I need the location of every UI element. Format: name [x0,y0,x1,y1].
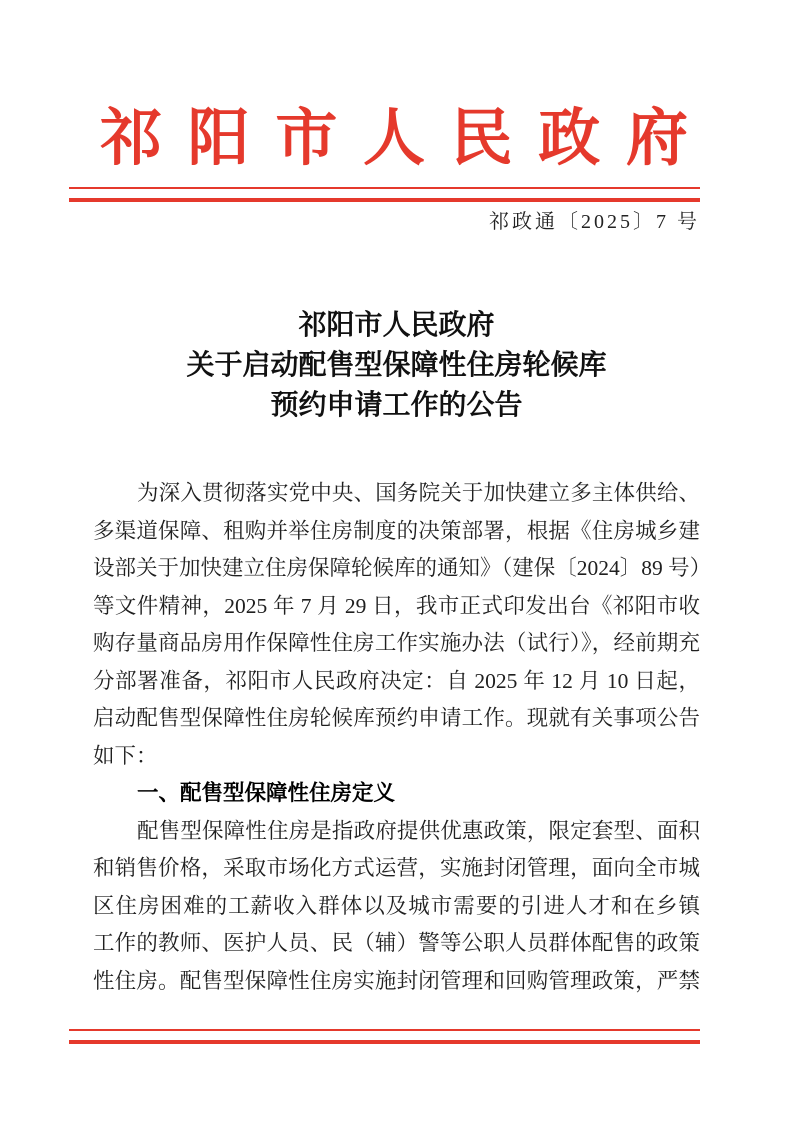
document-title-line-3: 预约申请工作的公告 [0,386,793,426]
letterhead-char: 市 [275,104,337,175]
official-document-page: 祁阳市人民政府 祁政通〔2025〕7 号 祁阳市人民政府 关于启动配售型保障性住… [0,0,793,1121]
letterhead-char: 政 [538,104,600,175]
footer-double-rule [69,1029,700,1044]
paragraph-1-line: 购存量商品房用作保障性住房工作实施办法（试行）》，经前期充 [93,625,700,663]
letterhead-char: 民 [451,104,513,175]
paragraph-2-line: 性住房。配售型保障性住房实施封闭管理和回购管理政策，严禁 [93,963,700,1001]
section-1-heading: 一、配售型保障性住房定义 [93,775,700,813]
letterhead-char: 府 [626,104,688,175]
paragraph-2-line: 配售型保障性住房是指政府提供优惠政策，限定套型、面积 [93,813,700,851]
paragraph-2-line: 和销售价格，采取市场化方式运营，实施封闭管理，面向全市城 [93,850,700,888]
letterhead-char: 人 [363,104,425,175]
document-reference-number: 祁政通〔2025〕7 号 [489,205,700,234]
paragraph-2-line: 工作的教师、医护人员、民（辅）警等公职人员群体配售的政策 [93,925,700,963]
letterhead-char: 阳 [188,104,250,175]
paragraph-1-line: 多渠道保障、租购并举住房制度的决策部署，根据《住房城乡建 [93,513,700,551]
document-title-line-2: 关于启动配售型保障性住房轮候库 [0,346,793,386]
paragraph-2-line: 区住房困难的工薪收入群体以及城市需要的引进人才和在乡镇 [93,888,700,926]
paragraph-1-line: 如下： [93,738,700,776]
document-body: 为深入贯彻落实党中央、国务院关于加快建立多主体供给、 多渠道保障、租购并举住房制… [93,475,700,1000]
document-title: 祁阳市人民政府 关于启动配售型保障性住房轮候库 预约申请工作的公告 [0,306,793,426]
paragraph-1-line: 设部关于加快建立住房保障轮候库的通知》（建保〔2024〕89 号） [93,550,700,588]
paragraph-1-line: 启动配售型保障性住房轮候库预约申请工作。现就有关事项公告 [93,700,700,738]
document-title-line-1: 祁阳市人民政府 [0,306,793,346]
paragraph-1-line: 为深入贯彻落实党中央、国务院关于加快建立多主体供给、 [93,475,700,513]
paragraph-1-line: 分部署准备，祁阳市人民政府决定：自 2025 年 12 月 10 日起， [93,663,700,701]
paragraph-1-line: 等文件精神，2025 年 7 月 29 日，我市正式印发出台《祁阳市收 [93,588,700,626]
letterhead-double-rule [69,187,700,202]
letterhead-char: 祁 [100,104,162,175]
letterhead-org-name: 祁阳市人民政府 [100,104,688,175]
